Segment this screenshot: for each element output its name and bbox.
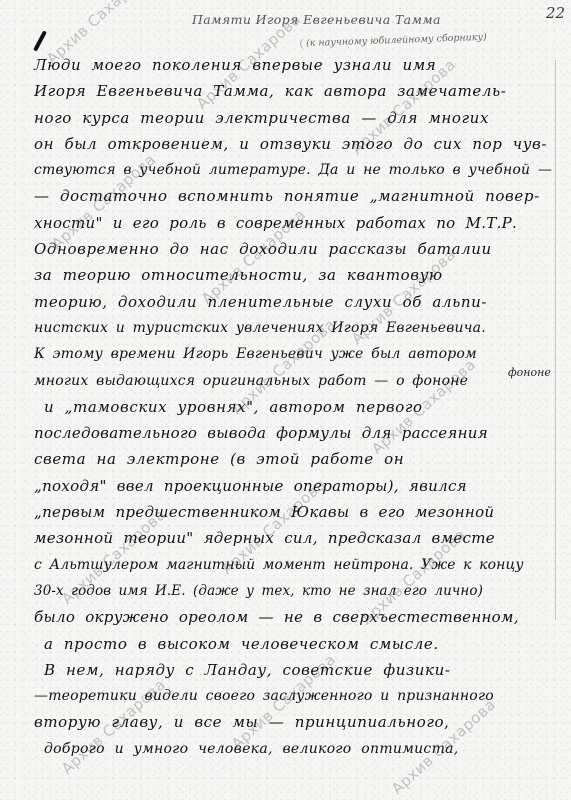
text-line: нистских и туристских увлечениях Игоря Е…: [34, 315, 556, 341]
text-line: „первым предшественником Юкавы в его мез…: [34, 499, 556, 525]
text-line: за теорию относительности, за квантовую: [34, 262, 556, 288]
paragraph-mark: [33, 30, 47, 51]
text-line: В нем, наряду с Ландау, советские физики…: [34, 657, 556, 683]
text-line: К этому времени Игорь Евгеньевич уже был…: [34, 341, 556, 367]
text-line: доброго и умного человека, великого опти…: [34, 736, 556, 762]
text-line: Люди моего поколения впервые узнали имя: [34, 52, 556, 78]
text-line: Одновременно до нас доходили рассказы ба…: [34, 236, 556, 262]
text-line: он был откровением, и отзвуки этого до с…: [34, 131, 556, 157]
text-line: — достаточно вспомнить понятие „магнитно…: [34, 183, 556, 209]
manuscript-page: Архив Сахарова Архив Сахарова Архив Саха…: [0, 0, 571, 800]
handwritten-text: Люди моего поколения впервые узнали имя …: [34, 52, 556, 762]
text-line: последовательного вывода формулы для рас…: [34, 420, 556, 446]
text-line: с Альтшулером магнитный момент нейтрона.…: [34, 552, 556, 578]
text-line: „походя" ввел проекционные операторы), я…: [34, 473, 556, 499]
text-line: света на электроне (в этой работе он: [34, 446, 556, 472]
text-line: хности" и его роль в современных работах…: [34, 210, 556, 236]
text-line: —теоретики видели своего заслуженного и …: [34, 683, 556, 709]
text-line: было окружено ореолом — не в сверхъестес…: [34, 604, 556, 630]
text-line: вторую главу, и все мы — принципиального…: [34, 709, 556, 735]
text-line: а просто в высоком человеческом смысле.: [34, 631, 556, 657]
manuscript-title: Памяти Игоря Евгеньевича Тамма: [192, 12, 441, 27]
text-line: многих выдающихся оригинальных работ — о…: [34, 368, 556, 394]
text-line: 30-х годов имя И.Е. (даже у тех, кто не …: [34, 578, 556, 604]
text-line: ствуются в учебной литературе. Да и не т…: [34, 157, 556, 183]
manuscript-title-note: (к научному юбилейному сборнику): [300, 32, 487, 50]
text-line: Игоря Евгеньевича Тамма, как автора заме…: [34, 78, 556, 104]
text-line: мезонной теории" ядерных сил, предсказал…: [34, 525, 556, 551]
page-number: 22: [546, 4, 565, 22]
text-line: и „тамовских уровнях", автором первого: [34, 394, 556, 420]
text-line: теорию, доходили пленительные слухи об а…: [34, 289, 556, 315]
text-line: ного курса теории электричества — для мн…: [34, 105, 556, 131]
